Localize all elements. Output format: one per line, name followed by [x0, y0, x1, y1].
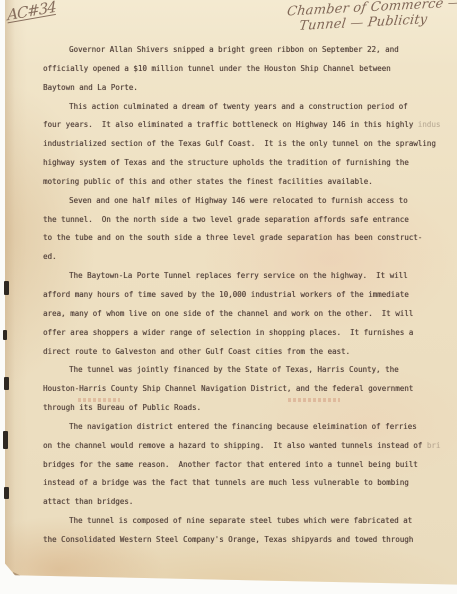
- typewritten-line: industrialized section of the Texas Gulf…: [43, 139, 443, 158]
- typewritten-line: the Consolidated Western Steel Company's…: [43, 535, 443, 554]
- typewritten-line: Governor Allan Shivers snipped a bright …: [43, 45, 443, 64]
- typewritten-line: the tunnel. On the north side a two leve…: [43, 215, 443, 234]
- typewritten-line: direct route to Galveston and other Gulf…: [43, 347, 443, 366]
- typewritten-line: The tunnel was jointly financed by the S…: [43, 365, 443, 384]
- typewritten-line: This action culminated a dream of twenty…: [43, 102, 443, 121]
- typewritten-line: highway system of Texas and the structur…: [43, 158, 443, 177]
- typewritten-line: bridges for the same reason. Another fac…: [43, 460, 443, 479]
- typewritten-line: offer area shoppers a wider range of sel…: [43, 328, 443, 347]
- typewritten-line: instead of a bridge was the fact that tu…: [43, 478, 443, 497]
- typewritten-line: attact than bridges.: [43, 497, 443, 516]
- erasure-smudge: [288, 398, 340, 402]
- typewritten-line: afford many hours of time saved by the 1…: [43, 290, 443, 309]
- scan-edge-mark: [3, 431, 8, 449]
- scan-edge-mark: [4, 377, 9, 390]
- faded-typed-fragment: bri: [427, 441, 441, 450]
- typewritten-line: The tunnel is composed of nine separate …: [43, 516, 443, 535]
- typewritten-line: The navigation district entered the fina…: [43, 422, 443, 441]
- typewritten-line: through its Bureau of Public Roads.: [43, 403, 443, 422]
- paper-fold-crease: [13, 572, 41, 586]
- scanned-paper: AC#34 Chamber of Commerce — Tunnel — Pub…: [5, 0, 457, 587]
- typewritten-line: motoring public of this and other states…: [43, 177, 443, 196]
- typewritten-line: on the channel would remove a hazard to …: [43, 441, 443, 460]
- scan-edge-mark: [3, 330, 7, 340]
- typewritten-line: The Baytown-La Porte Tunnel replaces fer…: [43, 271, 443, 290]
- handwritten-catalog-number: AC#34: [7, 0, 56, 24]
- typewritten-line: to the tube and on the south side a thre…: [43, 233, 443, 252]
- typed-text: Governor Allan Shivers snipped a bright …: [43, 45, 443, 554]
- handwritten-subject-note: Chamber of Commerce — Tunnel — Publicity: [284, 0, 457, 35]
- typewritten-line: Seven and one half miles of Highway 146 …: [43, 196, 443, 215]
- typewritten-line: area, many of whom live on one side of t…: [43, 309, 443, 328]
- typewritten-line: officially opened a $10 million tunnel u…: [43, 64, 443, 83]
- faded-typed-fragment: indus: [418, 120, 441, 129]
- erasure-smudge: [78, 398, 120, 402]
- typewritten-line: four years. It also eliminated a traffic…: [43, 120, 443, 139]
- typewritten-line: ed.: [43, 252, 443, 271]
- typewritten-line: Baytown and La Porte.: [43, 83, 443, 102]
- scan-edge-mark: [4, 487, 9, 499]
- scan-edge-mark: [4, 281, 9, 295]
